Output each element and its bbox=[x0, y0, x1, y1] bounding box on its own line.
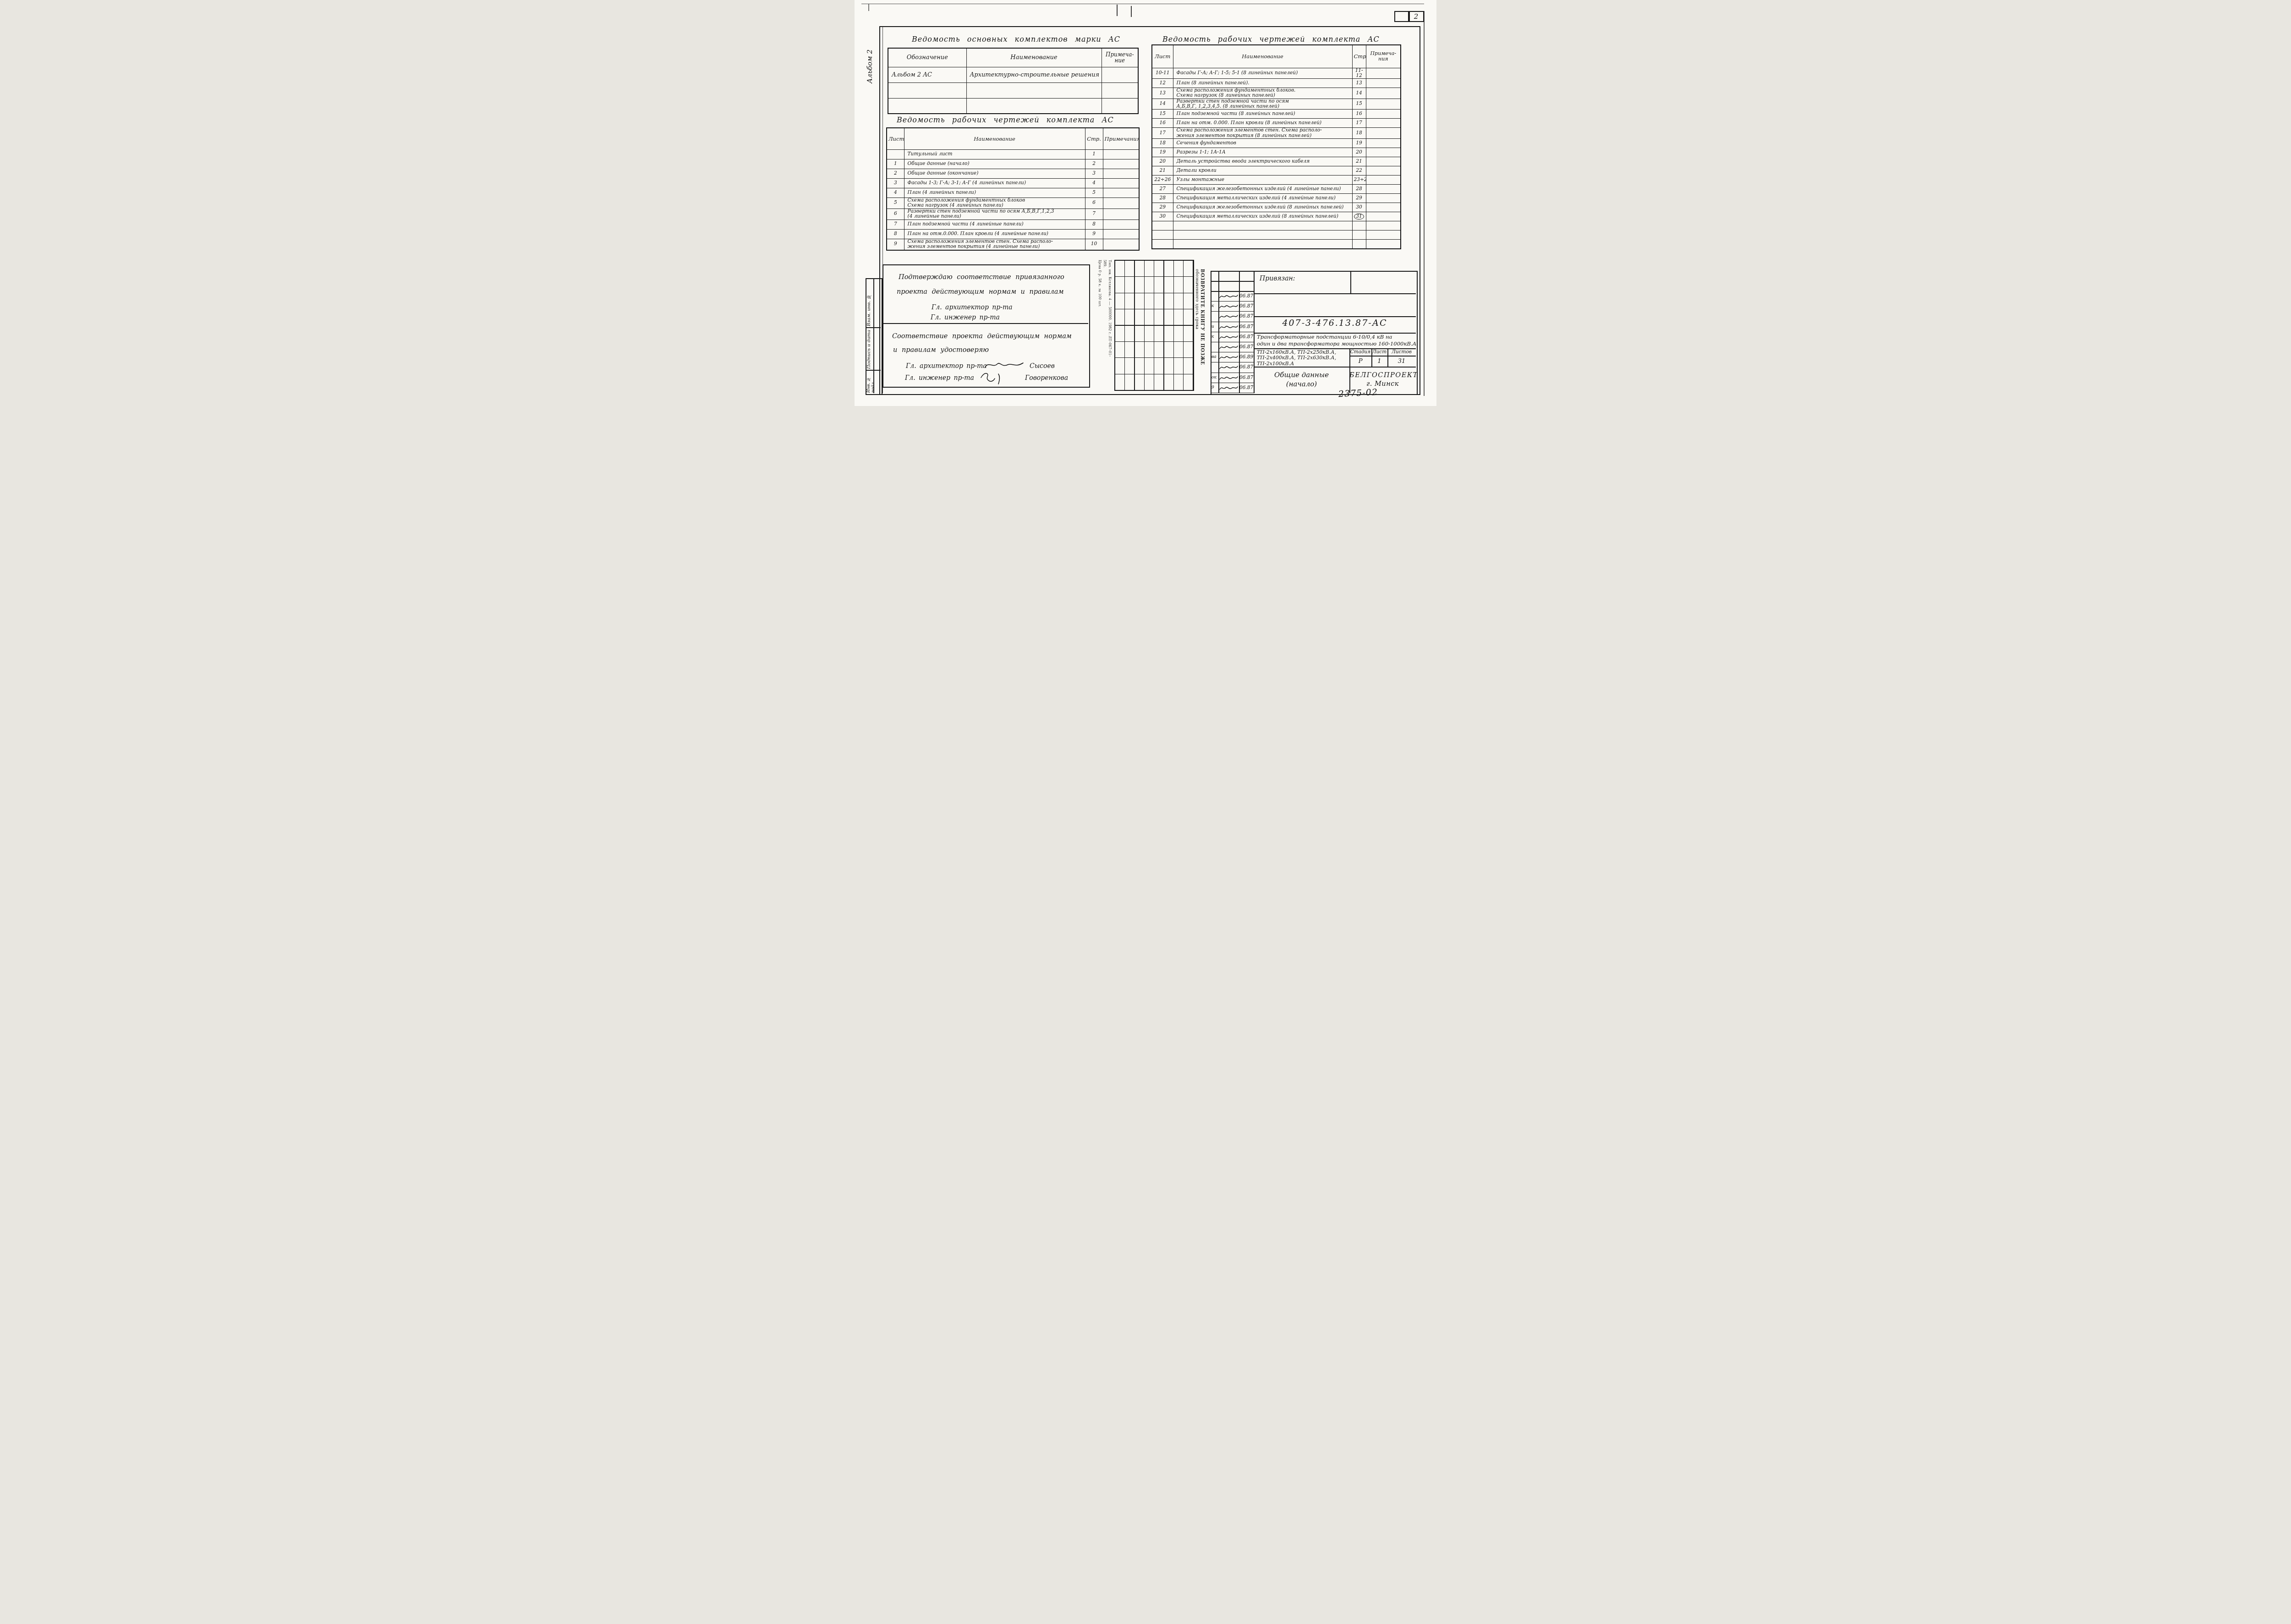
main-sets-rows: Альбом 2 АС Архитектурно-строительные ре… bbox=[888, 67, 1138, 114]
stamp-line-h2 bbox=[1254, 316, 1416, 317]
signature-icon bbox=[1219, 324, 1239, 330]
main-sets-title: Ведомость основных комплектов марки АС bbox=[912, 35, 1120, 44]
table-row: 7 План подземной части (4 линейные панел… bbox=[887, 219, 1139, 229]
project-description: Трансформаторные подстанции 6-10/0,4 кВ … bbox=[1257, 334, 1415, 347]
col-note: Примечания bbox=[1103, 128, 1139, 149]
signature-row: 06.87 bbox=[1211, 291, 1254, 302]
working-left-title: Ведомость рабочих чертежей комплекта АС bbox=[897, 115, 1114, 124]
stage-header: Стадия bbox=[1349, 349, 1371, 355]
signature-icon bbox=[1219, 344, 1239, 351]
sheet-value: 1 bbox=[1371, 358, 1387, 365]
corner-mark bbox=[868, 4, 869, 11]
sheet-header: Лист bbox=[1371, 349, 1387, 355]
side-label-inv: Инв. № подл. bbox=[866, 371, 876, 393]
tp-list: ТП-2х160кВ.А, ТП-2х250кВ.А, ТП-2х400кВ.А… bbox=[1257, 350, 1336, 367]
certify-name-1: Сысоев bbox=[1030, 362, 1055, 370]
side-strip-line-1 bbox=[866, 327, 881, 328]
signature-icon bbox=[1219, 364, 1239, 371]
table-row: 29 Спецификация железобетонных изделий (… bbox=[1152, 203, 1401, 212]
table-row: 12 План (8 линейных панелей). 13 bbox=[1152, 79, 1401, 88]
table-row: 14 Развертки стен подземной части по ося… bbox=[1152, 99, 1401, 110]
signature-row: и 06.87 bbox=[1211, 322, 1254, 332]
stamp-line-v1 bbox=[1350, 271, 1351, 293]
doc-number: 407-3-476.13.87-АС bbox=[1254, 318, 1416, 328]
side-label-vzam: Взам. инв. № bbox=[866, 280, 871, 326]
certify-line-2: и правилам удостоверяю bbox=[893, 346, 989, 354]
sheet-title: Общие данные (начало) bbox=[1254, 370, 1349, 389]
return-note-line-1: ВОЗВРАТИТЕ КНИГУ НЕ ПОЗЖЕ bbox=[1200, 269, 1205, 374]
page-number: 2 bbox=[1414, 12, 1419, 21]
working-right-rows: 10-11 Фасады Г-А; А-Г; 1-5; 5-1 (8 линей… bbox=[1152, 68, 1401, 249]
certify-line-1: Соответствие проекта действующим нормам bbox=[892, 333, 1072, 340]
signature-icon bbox=[978, 370, 1010, 386]
print-note-line-1: Тип. им. Котлякова. 4 — 500000. 1982 г. … bbox=[1102, 260, 1113, 358]
stage-value: Р bbox=[1349, 358, 1371, 365]
strip-row-line bbox=[1211, 281, 1254, 282]
table-row bbox=[888, 98, 1138, 114]
signature-row: 06.87 bbox=[1211, 312, 1254, 322]
stamp-line-h5 bbox=[1254, 367, 1416, 368]
fold-mark-2 bbox=[1131, 6, 1132, 17]
page-number-empty-box bbox=[1394, 11, 1410, 22]
return-note-line-2: обозначенного здесь срока bbox=[1195, 269, 1200, 374]
table-row bbox=[1152, 221, 1401, 230]
table-row: Титульный лист 1 bbox=[887, 149, 1139, 159]
binding-label: Привязан: bbox=[1260, 275, 1295, 282]
signature-row: к 06.87 bbox=[1211, 302, 1254, 312]
sheets-header: Листов bbox=[1387, 349, 1416, 355]
table-row: 17 Схема расположения элементов стен. Сх… bbox=[1152, 128, 1401, 139]
signature-icon bbox=[1219, 384, 1239, 391]
table-row bbox=[1152, 230, 1401, 239]
col-note: Примеча- ния bbox=[1366, 45, 1401, 68]
table-row: 9 Схема расположения элементов стен. Схе… bbox=[887, 239, 1139, 250]
confirm-role-2: Гл. инженер пр-та bbox=[931, 314, 1000, 321]
signature-row: ок 06.87 bbox=[1211, 373, 1254, 383]
signature-icon bbox=[1219, 303, 1239, 310]
side-label-podpis: Подпись и дата bbox=[866, 329, 871, 369]
certify-role-1: Гл. архитектор пр-та bbox=[906, 362, 987, 370]
stamp-line-h1 bbox=[1254, 293, 1416, 294]
print-note: Тип. им. Котлякова. 4 — 500000. 1982 г. … bbox=[1097, 260, 1113, 358]
col-sheet: Лист bbox=[1152, 45, 1173, 68]
col-name: Наименование bbox=[1173, 45, 1352, 68]
table-row: 2 Общие данные (окончание) 3 bbox=[887, 169, 1139, 178]
col-name: Наименование bbox=[966, 48, 1102, 67]
stage-header-line bbox=[1349, 356, 1416, 357]
org-line-1: БЕЛГОСПРОЕКТ bbox=[1349, 371, 1416, 380]
main-sets-table: Обозначение Наименование Примеча- ние Ал… bbox=[888, 48, 1139, 114]
col-name: Наименование bbox=[904, 128, 1085, 149]
print-note-line-2: Цена 0 р. 58 к. за 100 шт. bbox=[1097, 260, 1102, 358]
table-row: 28 Спецификация металлических изделий (4… bbox=[1152, 193, 1401, 203]
certify-role-2: Гл. инженер пр-та bbox=[905, 374, 974, 382]
return-note: ВОЗВРАТИТЕ КНИГУ НЕ ПОЗЖЕ обозначенного … bbox=[1195, 269, 1205, 374]
confirm-role-1: Гл. архитектор пр-та bbox=[932, 304, 1013, 311]
sheets-value: 31 bbox=[1387, 358, 1416, 365]
signature-icon bbox=[984, 360, 1025, 369]
table-row: 8 План на отм.0.000. План кровли (4 лине… bbox=[887, 229, 1139, 239]
return-card-grid bbox=[1114, 260, 1194, 391]
archive-code: 2375-02 bbox=[1338, 387, 1378, 399]
drawing-sheet: 2 Альбом 2 Ведомость основных комплектов… bbox=[855, 0, 1436, 406]
table-row bbox=[1152, 239, 1401, 249]
col-page: Стр. bbox=[1352, 45, 1366, 68]
col-designation: Обозначение bbox=[888, 48, 966, 67]
table-row: 13 Схема расположения фундаментных блоко… bbox=[1152, 88, 1401, 99]
tp-line-2: ТП-2х400кВ.А, ТП-2х630кВ.А, bbox=[1257, 355, 1336, 361]
table-row: 22÷26 Узлы монтажные 23÷27 bbox=[1152, 175, 1401, 184]
table-row bbox=[888, 82, 1138, 98]
signature-icon bbox=[1219, 313, 1239, 320]
certify-name-2: Говоренкова bbox=[1025, 374, 1068, 382]
org-line-2: г. Минск bbox=[1349, 380, 1416, 389]
description-line-1: Трансформаторные подстанции 6-10/0,4 кВ … bbox=[1257, 334, 1415, 340]
working-left-rows: Титульный лист 1 1 Общие данные (начало)… bbox=[887, 149, 1139, 250]
signature-row: 06.87 bbox=[1211, 342, 1254, 352]
signature-row: 9 06.87 bbox=[1211, 383, 1254, 393]
working-left-table: Лист Наименование Стр. Примечания Титуль… bbox=[886, 127, 1140, 251]
confirm-line-2: проекта действующим нормам и правилам bbox=[897, 288, 1063, 296]
page-number-box: 2 bbox=[1408, 11, 1424, 22]
right-trim-line bbox=[1424, 11, 1425, 396]
table-row: Альбом 2 АС Архитектурно-строительные ре… bbox=[888, 67, 1138, 82]
table-row: 30 Спецификация металлических изделий (8… bbox=[1152, 212, 1401, 221]
table-row: 3 Фасады 1-3; Г-А; 3-1; А-Г (4 линейных … bbox=[887, 178, 1139, 188]
table-row: 19 Разрезы 1-1; 1А-1А 20 bbox=[1152, 148, 1401, 157]
tp-line-3: ТП-2х100кВ.А bbox=[1257, 361, 1336, 367]
table-row: 27 Спецификация железобетонных изделий (… bbox=[1152, 184, 1401, 193]
signature-row: ва 06.89 bbox=[1211, 352, 1254, 362]
table-row: 4 План (4 линейных панели) 5 bbox=[887, 188, 1139, 198]
top-trim-line bbox=[861, 4, 1424, 4]
working-right-table: Лист Наименование Стр. Примеча- ния 10-1… bbox=[1151, 44, 1401, 249]
table-row: 15 План подземной части (8 линейных пане… bbox=[1152, 110, 1401, 119]
table-row: 16 План на отм. 0.000. План кровли (8 ли… bbox=[1152, 119, 1401, 128]
signature-icon bbox=[1219, 374, 1239, 381]
col-page: Стр. bbox=[1085, 128, 1103, 149]
signature-rows: 06.87 к 06.87 06.87 и 06.87 bbox=[1211, 291, 1254, 393]
col-note: Примеча- ние bbox=[1102, 48, 1138, 67]
table-row: 20 Деталь устройства ввода электрическог… bbox=[1152, 157, 1401, 166]
table-row: 5 Схема расположения фундаментных блоков… bbox=[887, 198, 1139, 208]
album-side-label: Альбом 2 bbox=[866, 33, 874, 83]
sheet-title-line-1: Общие данные bbox=[1254, 370, 1349, 379]
signature-icon bbox=[1219, 334, 1239, 340]
signature-icon bbox=[1219, 293, 1239, 300]
signature-icon bbox=[1219, 354, 1239, 361]
table-row: 10-11 Фасады Г-А; А-Г; 1-5; 5-1 (8 линей… bbox=[1152, 68, 1401, 79]
description-line-2: один и два трансформатора мощностью 160-… bbox=[1257, 340, 1415, 347]
confirm-line-1: Подтверждаю соответствие привязанного bbox=[899, 274, 1064, 281]
statements-divider bbox=[882, 323, 1088, 324]
table-row: 21 Детали кровли 22 bbox=[1152, 166, 1401, 175]
sheet-title-line-2: (начало) bbox=[1254, 379, 1349, 389]
table-row: 1 Общие данные (начало) 2 bbox=[887, 159, 1139, 169]
working-right-title: Ведомость рабочих чертежей комплекта АС bbox=[1162, 35, 1380, 44]
col-sheet: Лист bbox=[887, 128, 904, 149]
fold-mark-1 bbox=[1117, 5, 1118, 16]
organization: БЕЛГОСПРОЕКТ г. Минск bbox=[1349, 371, 1416, 389]
table-row: 6 Развертки стен подземной части по осям… bbox=[887, 208, 1139, 219]
signature-row: к 06.87 bbox=[1211, 332, 1254, 342]
signature-row: 06.87 bbox=[1211, 362, 1254, 373]
table-row: 18 Сечения фундаментов 19 bbox=[1152, 138, 1401, 148]
